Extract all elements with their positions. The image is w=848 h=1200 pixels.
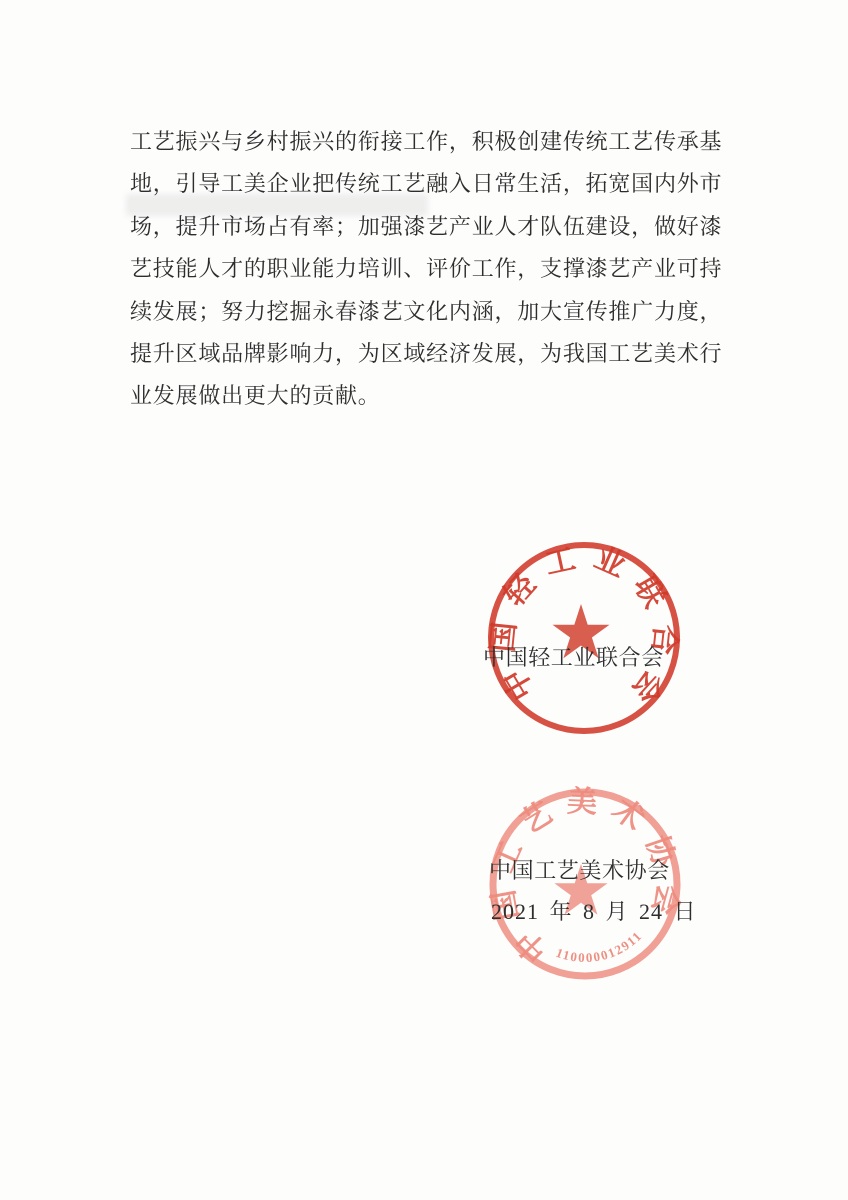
paragraph-line: 工艺振兴与乡村振兴的衔接工作，积极创建传统工艺传承基 bbox=[130, 121, 730, 163]
paragraph-line: 地，引导工美企业把传统工艺融入日常生活，拓宽国内外市 bbox=[130, 163, 730, 205]
date-line: 2021 年 8 月 24 日 bbox=[491, 895, 697, 926]
org-name-light-industry: 中国轻工业联合会 bbox=[483, 641, 664, 672]
light-industry-seal: 中国轻工业联合会 bbox=[474, 528, 694, 748]
paragraph-line: 提升区域品牌影响力，为区域经济发展，为我国工艺美术行 bbox=[130, 333, 730, 375]
document-page: 工艺振兴与乡村振兴的衔接工作，积极创建传统工艺传承基 地，引导工美企业把传统工艺… bbox=[0, 0, 848, 1200]
body-paragraph: 工艺振兴与乡村振兴的衔接工作，积极创建传统工艺传承基 地，引导工美企业把传统工艺… bbox=[130, 121, 730, 418]
paragraph-line: 续发展；努力挖掘永春漆艺文化内涵，加大宣传推广力度， bbox=[130, 291, 730, 333]
paragraph-line: 场，提升市场占有率；加强漆艺产业人才队伍建设，做好漆 bbox=[130, 206, 730, 248]
org-name-arts-crafts: 中国工艺美术协会 bbox=[489, 854, 670, 885]
paragraph-line: 艺技能人才的职业能力培训、评价工作，支撑漆艺产业可持 bbox=[130, 248, 730, 290]
paragraph-line: 业发展做出更大的贡献。 bbox=[130, 375, 730, 417]
